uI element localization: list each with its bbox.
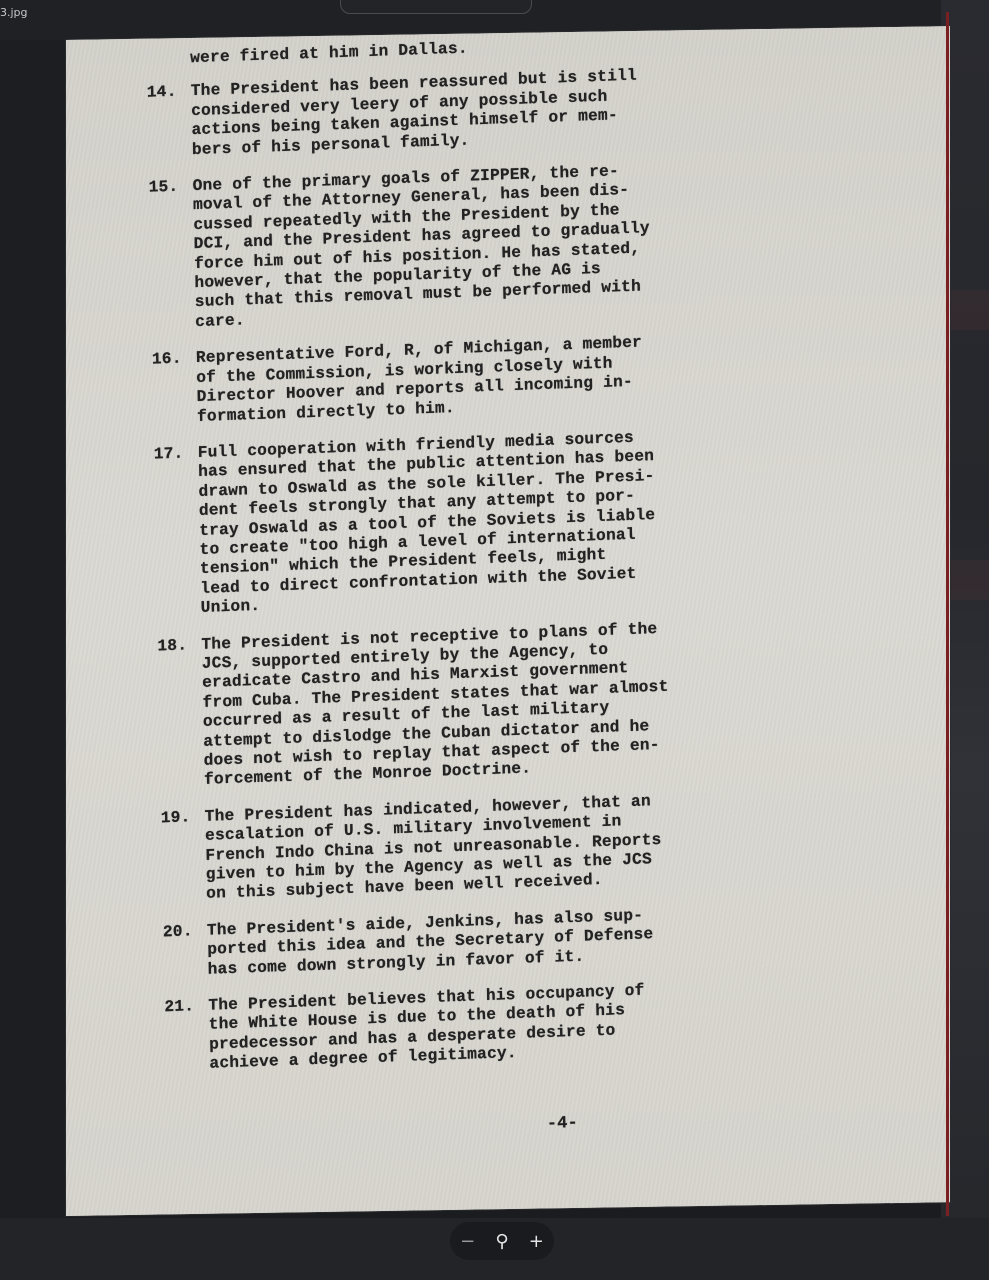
page-edge — [946, 12, 949, 1216]
top-toolbar-pill[interactable] — [340, 0, 532, 14]
item-text: The President has been reassured but is … — [191, 61, 798, 160]
item-text: One of the primary goals of ZIPPER, the … — [192, 156, 801, 332]
zoom-controls: − ⚲ + — [450, 1222, 554, 1260]
numbered-item: 16.Representative Ford, R, of Michigan, … — [152, 328, 803, 428]
zoom-search-icon[interactable]: ⚲ — [495, 1231, 508, 1252]
item-number: 16. — [152, 349, 197, 428]
numbered-item: 17.Full cooperation with friendly media … — [154, 423, 807, 620]
numbered-item: 19.The President has indicated, however,… — [161, 786, 813, 906]
item-text: The President is not receptive to plans … — [201, 614, 810, 790]
item-number: 20. — [163, 922, 208, 982]
item-number: 14. — [147, 83, 192, 162]
item-number: 17. — [154, 444, 201, 620]
numbered-item: 20.The President's aide, Jenkins, has al… — [163, 900, 814, 981]
item-number: 18. — [157, 635, 204, 792]
numbered-item: 18.The President is not receptive to pla… — [157, 614, 810, 792]
filename-label: 3.jpg — [0, 6, 28, 19]
numbered-item: 14.The President has been reassured but … — [147, 61, 798, 161]
item-number: 15. — [148, 177, 195, 334]
item-text: The President believes that his occupanc… — [208, 976, 815, 1075]
numbered-item: 15.One of the primary goals of ZIPPER, t… — [148, 156, 801, 334]
numbered-item: 21.The President believes that his occup… — [164, 976, 815, 1076]
item-number: 19. — [161, 808, 207, 907]
document-text: were fired at him in Dallas. 14.The Pres… — [146, 28, 816, 1093]
numbered-items: 14.The President has been reassured but … — [147, 61, 816, 1075]
document-page: were fired at him in Dallas. 14.The Pres… — [66, 26, 950, 1216]
left-sidebar-area — [0, 40, 66, 1240]
zoom-in-icon[interactable]: + — [529, 1231, 544, 1252]
item-text: The President's aide, Jenkins, has also … — [207, 900, 814, 979]
page-number: -4- — [547, 1114, 579, 1134]
item-text: Full cooperation with friendly media sou… — [198, 423, 807, 619]
zoom-out-icon[interactable]: − — [460, 1231, 475, 1252]
item-number: 21. — [164, 997, 209, 1076]
item-text: Representative Ford, R, of Michigan, a m… — [196, 328, 803, 427]
item-text: The President has indicated, however, th… — [205, 786, 813, 904]
